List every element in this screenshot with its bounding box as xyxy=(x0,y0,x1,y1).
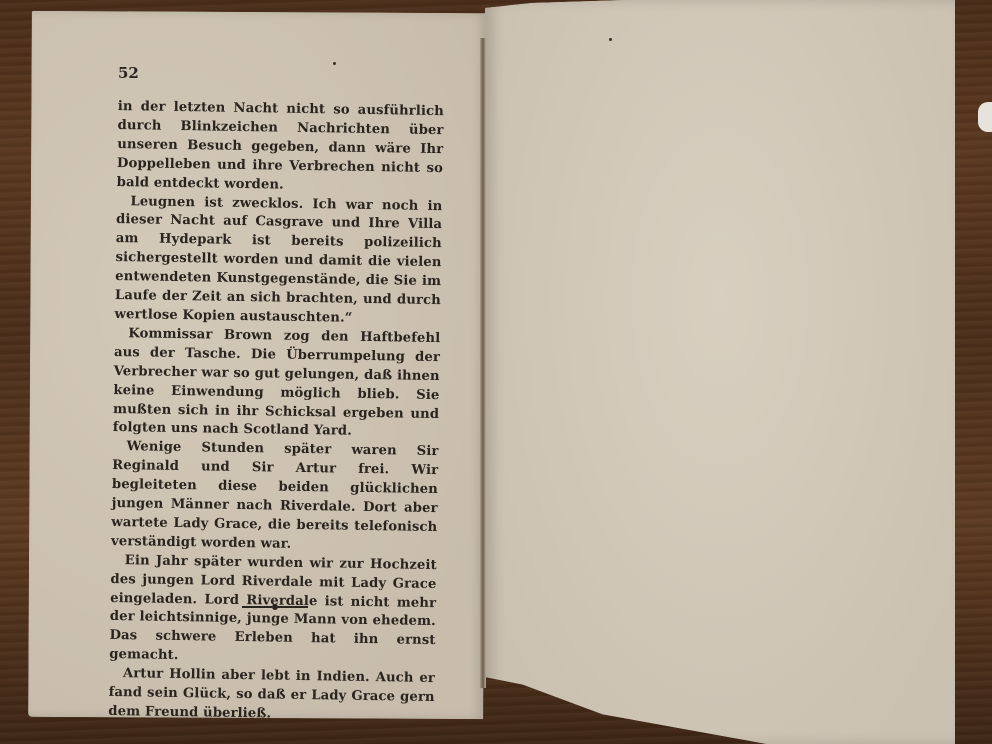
paragraph: Artur Hollin aber lebt in Indien. Auch e… xyxy=(108,665,435,727)
paragraph: Leugnen ist zwecklos. Ich war noch in di… xyxy=(114,193,442,330)
paragraph: Kommissar Brown zog den Haftbefehl aus d… xyxy=(113,325,441,444)
paragraph: in der letzten Nacht nicht so ausführlic… xyxy=(117,98,444,198)
book-gutter xyxy=(480,38,486,688)
page-text: in der letzten Nacht nicht so ausführlic… xyxy=(108,98,444,727)
right-page-blank xyxy=(485,0,955,744)
paragraph: Wenige Stunden später waren Sir Reginald… xyxy=(111,438,439,557)
paper-speck xyxy=(609,38,612,41)
paragraph: Ein Jahr später wurden wir zur Hochzeit … xyxy=(109,552,437,671)
paper-speck xyxy=(333,62,336,65)
earbud-object xyxy=(978,102,992,132)
page-number: 52 xyxy=(118,64,139,82)
end-ornament-divider-icon xyxy=(242,604,308,610)
